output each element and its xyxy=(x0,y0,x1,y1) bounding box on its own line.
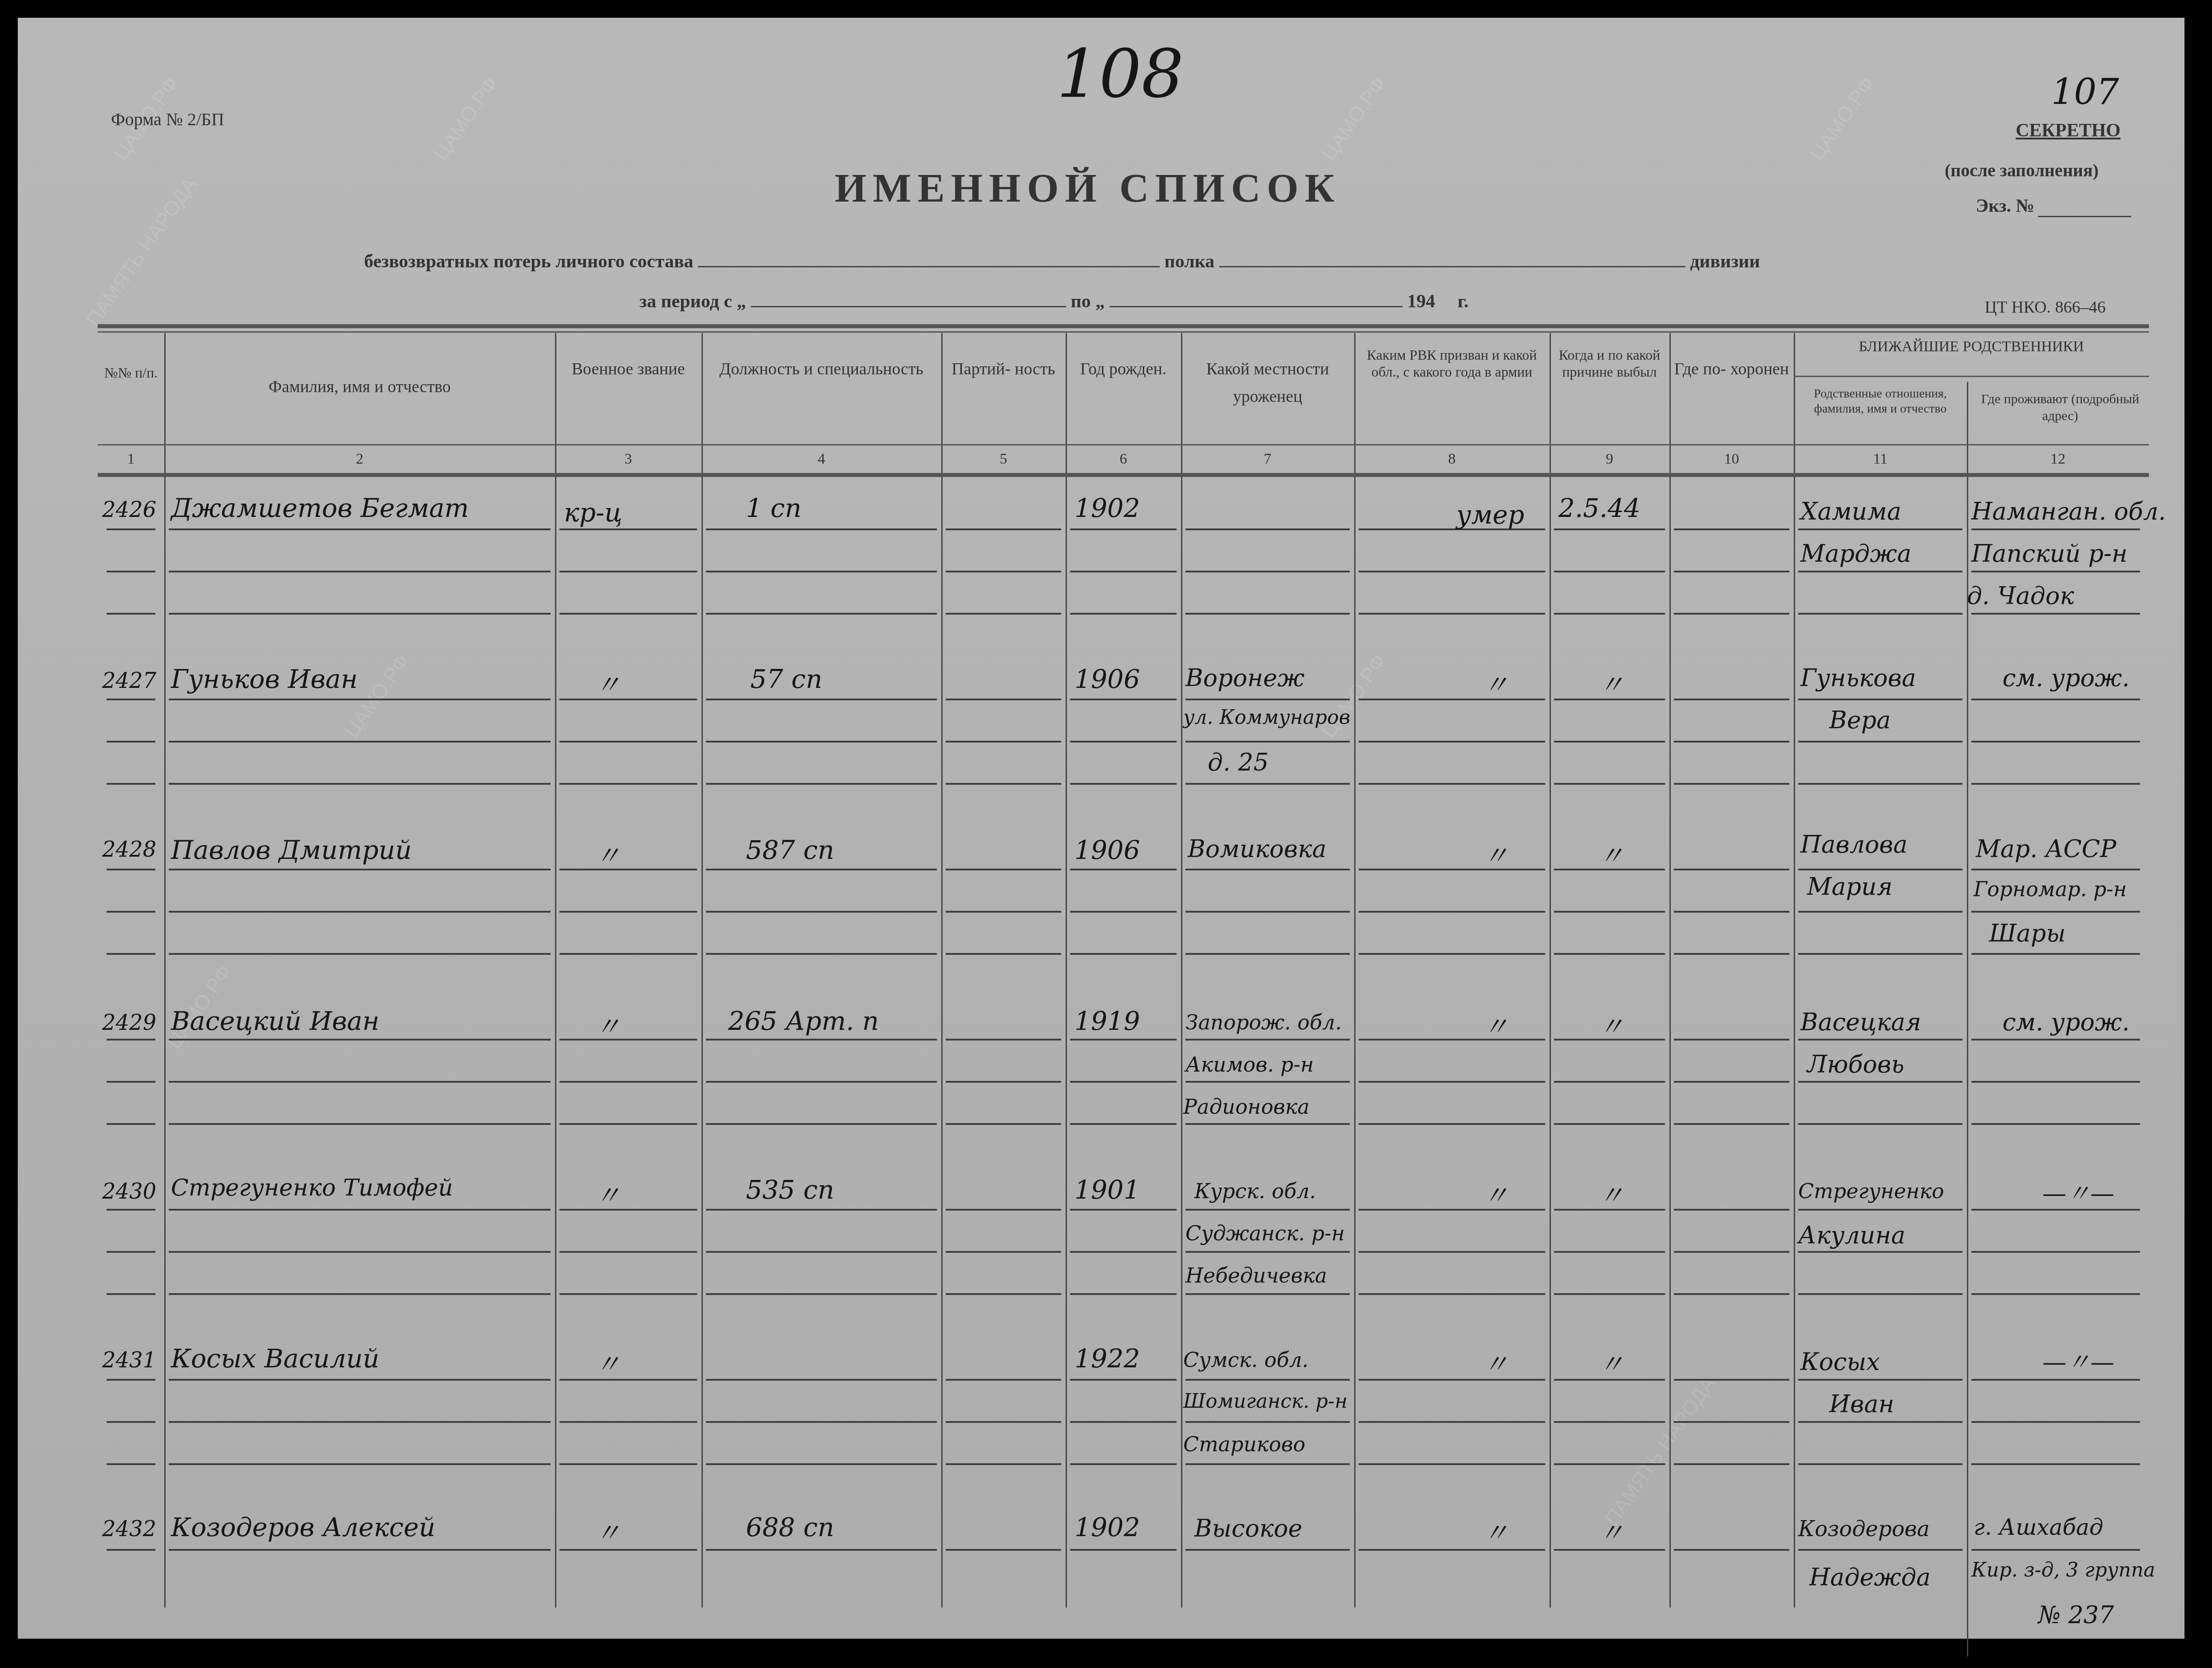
row-number: 2430 xyxy=(102,1179,156,1204)
row-rank: 〃 xyxy=(595,1343,621,1381)
ruled-line xyxy=(559,869,697,870)
row-address-line1: Наманган. обл. xyxy=(1971,497,2166,525)
ruled-line xyxy=(706,1549,937,1551)
row-position: 535 сп xyxy=(746,1175,834,1205)
ruled-line xyxy=(1359,741,1545,743)
ruled-line xyxy=(1798,1123,1962,1125)
row-name: Козодеров Алексей xyxy=(171,1512,436,1542)
row-name: Павлов Дмитрий xyxy=(171,835,412,865)
ruled-line xyxy=(1674,1251,1789,1253)
row-position: 265 Арт. п xyxy=(728,1006,879,1036)
ruled-line xyxy=(946,1549,1061,1551)
ruled-line xyxy=(169,1379,551,1381)
ruled-line xyxy=(1359,571,1545,572)
column-divider xyxy=(1967,382,1968,1656)
ruled-line xyxy=(169,528,551,530)
ruled-line xyxy=(107,741,155,743)
ruled-line xyxy=(1185,571,1350,572)
ruled-line xyxy=(1185,1549,1350,1551)
ruled-line xyxy=(107,699,155,700)
column-divider xyxy=(1066,333,1067,1608)
watermark: ЦАМО.РФ xyxy=(1316,72,1391,165)
ruled-line xyxy=(706,1081,937,1083)
column-number: 8 xyxy=(1354,451,1550,468)
period-from-field xyxy=(751,306,1066,307)
ruled-line xyxy=(1070,1251,1177,1253)
ruled-line xyxy=(1185,1293,1350,1295)
ruled-line xyxy=(107,613,155,615)
ruled-line xyxy=(1554,571,1665,572)
ruled-line xyxy=(1798,911,1962,913)
year-suffix: г. xyxy=(1458,291,1469,312)
column-divider xyxy=(1181,333,1182,1608)
row-rvk: 〃 xyxy=(1483,1006,1509,1043)
copy-number-field xyxy=(2038,216,2131,217)
ruled-line xyxy=(706,783,937,785)
row-left: 2.5.44 xyxy=(1558,493,1640,523)
folio-number-main: 108 xyxy=(1057,36,1184,113)
ruled-line xyxy=(1359,1421,1545,1423)
division-label: дивизии xyxy=(1690,251,1760,272)
ruled-line xyxy=(1359,783,1545,785)
header-col-5: Партий- ность xyxy=(941,355,1066,383)
ruled-line xyxy=(1798,783,1962,785)
row-number: 2426 xyxy=(102,497,156,522)
row-left: 〃 xyxy=(1598,664,1624,701)
ruled-line xyxy=(169,1293,551,1295)
row-birthplace-line3: Небедичевка xyxy=(1185,1263,1327,1287)
row-rank: кр-ц xyxy=(564,497,622,528)
row-rvk: 〃 xyxy=(1483,664,1509,701)
header-col-8: Каким РВК призван и какой обл., с какого… xyxy=(1359,346,1545,380)
row-address-line3: д. Чадок xyxy=(1967,582,2074,610)
column-number: 11 xyxy=(1794,451,1967,468)
row-relative-line2: Надежда xyxy=(1809,1563,1931,1591)
group-header-rule xyxy=(1794,376,2149,377)
period-to-label: по „ xyxy=(1070,291,1105,312)
row-birthplace-line2: Шомиганск. р-н xyxy=(1183,1390,1348,1413)
ruled-line xyxy=(1359,1251,1545,1253)
ruled-line xyxy=(1185,1209,1350,1211)
classification-note: (после заполнения) xyxy=(1945,160,2099,181)
ruled-line xyxy=(169,783,551,785)
ruled-line xyxy=(1359,613,1545,615)
row-address-line2: Горномар. р-н xyxy=(1974,877,2127,901)
ruled-line xyxy=(1185,911,1350,913)
ruled-line xyxy=(559,571,697,572)
ruled-line xyxy=(1359,869,1545,870)
ruled-line xyxy=(1971,699,2140,700)
period-to-field xyxy=(1110,306,1403,307)
ruled-line xyxy=(1185,783,1350,785)
ruled-line xyxy=(1798,741,1962,743)
row-born: 1906 xyxy=(1074,835,1140,865)
column-divider xyxy=(1354,333,1356,1608)
ruled-line xyxy=(1359,1081,1545,1083)
ruled-line xyxy=(1185,741,1350,743)
row-number: 2428 xyxy=(102,837,156,862)
ruled-line xyxy=(1674,528,1789,530)
regiment-label: полка xyxy=(1165,251,1215,272)
ruled-line xyxy=(169,1039,551,1041)
document-sheet: ЦАМО.РФ ЦАМО.РФ ЦАМО.РФ ЦАМО.РФ ПАМЯТЬ Н… xyxy=(18,18,2184,1639)
ruled-line xyxy=(706,1463,937,1465)
ruled-line xyxy=(1070,1039,1177,1041)
ruled-line xyxy=(946,699,1061,700)
row-name: Гуньков Иван xyxy=(171,664,358,694)
ruled-line xyxy=(1185,869,1350,870)
ruled-line xyxy=(1070,613,1177,615)
ruled-line xyxy=(107,1209,155,1211)
ruled-line xyxy=(946,1039,1061,1041)
column-number: 6 xyxy=(1066,451,1181,468)
ruled-line xyxy=(107,528,155,530)
ruled-line xyxy=(559,1039,697,1041)
header-col-1: №№ п/п. xyxy=(98,364,164,381)
ruled-line xyxy=(1971,783,2140,785)
ruled-line xyxy=(1070,1463,1177,1465)
row-rank: 〃 xyxy=(595,1175,621,1212)
header-col-11: Родственные отношения, фамилия, имя и от… xyxy=(1798,386,1962,417)
ruled-line xyxy=(1070,1123,1177,1125)
header-rule xyxy=(98,444,2149,445)
ruled-line xyxy=(1359,1123,1545,1125)
table-top-rule xyxy=(98,324,2149,328)
row-rvk: 〃 xyxy=(1483,1343,1509,1381)
ruled-line xyxy=(169,911,551,913)
ruled-line xyxy=(107,783,155,785)
ruled-line xyxy=(1798,1421,1962,1423)
ruled-line xyxy=(1971,528,2140,530)
ruled-line xyxy=(169,953,551,955)
ruled-line xyxy=(1674,1549,1789,1551)
row-birthplace-line1: Воронеж xyxy=(1185,664,1304,692)
ruled-line xyxy=(169,1549,551,1551)
ruled-line xyxy=(946,869,1061,870)
ruled-line xyxy=(1359,1549,1545,1551)
ruled-line xyxy=(1359,1209,1545,1211)
ruled-line xyxy=(1798,1251,1962,1253)
row-address-line1: г. Ашхабад xyxy=(1974,1514,2103,1540)
ruled-line xyxy=(1971,911,2140,913)
ruled-line xyxy=(1554,1251,1665,1253)
ruled-line xyxy=(107,1379,155,1381)
row-birthplace-line2: ул. Коммунаров xyxy=(1183,706,1350,729)
row-birthplace-line1: Запорож. обл. xyxy=(1185,1010,1342,1034)
ruled-line xyxy=(1359,1463,1545,1465)
ruled-line xyxy=(1971,1251,2140,1253)
ruled-line xyxy=(107,1039,155,1041)
column-number: 4 xyxy=(702,451,941,468)
ruled-line xyxy=(559,953,697,955)
ruled-line xyxy=(1070,741,1177,743)
ruled-line xyxy=(1554,613,1665,615)
folio-number-corner: 107 xyxy=(2051,71,2119,112)
ruled-line xyxy=(706,1123,937,1125)
ruled-line xyxy=(1798,1293,1962,1295)
row-address-line1: —〃— xyxy=(2042,1343,2114,1378)
row-relative-line1: Стрегуненко xyxy=(1798,1179,1944,1203)
ruled-line xyxy=(1674,1293,1789,1295)
ruled-line xyxy=(1798,1039,1962,1041)
row-birthplace-line3: Радионовка xyxy=(1183,1095,1310,1119)
ruled-line xyxy=(107,1251,155,1253)
header-bottom-rule xyxy=(98,473,2149,477)
ruled-line xyxy=(1554,911,1665,913)
ruled-line xyxy=(1554,783,1665,785)
row-relative-line1: Павлова xyxy=(1800,830,1907,858)
ruled-line xyxy=(169,1251,551,1253)
row-born: 1901 xyxy=(1074,1175,1140,1205)
column-divider xyxy=(1794,333,1795,1608)
row-relative-line2: Вера xyxy=(1829,706,1891,734)
column-number: 12 xyxy=(1967,451,2149,468)
losses-field xyxy=(698,266,1160,267)
ruled-line xyxy=(559,1293,697,1295)
row-rvk: 〃 xyxy=(1483,835,1509,872)
table-top-rule-thin xyxy=(98,331,2149,333)
ruled-line xyxy=(706,613,937,615)
ruled-line xyxy=(946,1421,1061,1423)
row-relative-line2: Мария xyxy=(1807,873,1893,901)
ruled-line xyxy=(946,1293,1061,1295)
ruled-line xyxy=(169,1463,551,1465)
ruled-line xyxy=(107,869,155,870)
ruled-line xyxy=(1674,613,1789,615)
print-code: ЦТ НКО. 866–46 xyxy=(1985,298,2105,317)
ruled-line xyxy=(1070,1379,1177,1381)
ruled-line xyxy=(946,613,1061,615)
ruled-line xyxy=(1070,1421,1177,1423)
ruled-line xyxy=(946,1123,1061,1125)
header-col-6: Год рожден. xyxy=(1066,355,1181,383)
ruled-line xyxy=(169,571,551,572)
ruled-line xyxy=(559,1379,697,1381)
ruled-line xyxy=(706,1251,937,1253)
ruled-line xyxy=(107,1549,155,1551)
row-number: 2432 xyxy=(102,1517,156,1541)
header-col-12: Где проживают (подробный адрес) xyxy=(1971,391,2149,425)
ruled-line xyxy=(169,1209,551,1211)
row-rvk: 〃 xyxy=(1483,1512,1509,1549)
ruled-line xyxy=(559,613,697,615)
row-left: 〃 xyxy=(1598,1512,1624,1549)
column-number: 7 xyxy=(1181,451,1354,468)
ruled-line xyxy=(1798,869,1962,870)
row-born: 1902 xyxy=(1074,1512,1140,1542)
row-birthplace-line1: Курск. обл. xyxy=(1194,1179,1316,1203)
ruled-line xyxy=(107,1293,155,1295)
ruled-line xyxy=(1070,1549,1177,1551)
classification-label: СЕКРЕТНО xyxy=(2016,120,2121,141)
ruled-line xyxy=(1971,1039,2140,1041)
period-from-label: за период с „ xyxy=(639,291,746,312)
row-birthplace-line2: Суджанск. р-н xyxy=(1185,1221,1345,1245)
row-address-line1: Мар. АССР xyxy=(1976,835,2116,863)
ruled-line xyxy=(1971,1549,2140,1551)
ruled-line xyxy=(706,1209,937,1211)
ruled-line xyxy=(1674,1039,1789,1041)
ruled-line xyxy=(946,911,1061,913)
ruled-line xyxy=(946,1081,1061,1083)
ruled-line xyxy=(946,1379,1061,1381)
row-name: Васецкий Иван xyxy=(171,1006,379,1036)
ruled-line xyxy=(1070,1081,1177,1083)
ruled-line xyxy=(1554,953,1665,955)
row-left: 〃 xyxy=(1598,1175,1624,1212)
ruled-line xyxy=(1674,783,1789,785)
row-name: Джамшетов Бегмат xyxy=(171,493,469,523)
ruled-line xyxy=(1674,699,1789,700)
losses-label: безвозвратных потерь личного состава xyxy=(364,251,694,272)
column-divider xyxy=(164,333,166,1608)
ruled-line xyxy=(1554,1123,1665,1125)
ruled-line xyxy=(1185,699,1350,700)
ruled-line xyxy=(559,911,697,913)
header-col-9: Когда и по какой причине выбыл xyxy=(1554,346,1665,380)
column-divider xyxy=(1550,333,1551,1608)
row-rank: 〃 xyxy=(595,664,621,701)
ruled-line xyxy=(1359,1039,1545,1041)
ruled-line xyxy=(1674,1209,1789,1211)
ruled-line xyxy=(1070,869,1177,870)
row-born: 1919 xyxy=(1074,1006,1140,1036)
row-born: 1902 xyxy=(1074,493,1140,523)
ruled-line xyxy=(1185,1379,1350,1381)
ruled-line xyxy=(1674,1379,1789,1381)
ruled-line xyxy=(1971,1081,2140,1083)
ruled-line xyxy=(1554,741,1665,743)
ruled-line xyxy=(1798,528,1962,530)
ruled-line xyxy=(169,699,551,700)
row-address-line1: см. урож. xyxy=(2002,664,2129,692)
ruled-line xyxy=(1554,1081,1665,1083)
ruled-line xyxy=(107,1463,155,1465)
ruled-line xyxy=(706,1379,937,1381)
row-relative-line2: Любовь xyxy=(1807,1050,1904,1078)
row-left: 〃 xyxy=(1598,1006,1624,1043)
column-number: 5 xyxy=(941,451,1066,468)
ruled-line xyxy=(1674,1421,1789,1423)
ruled-line xyxy=(107,911,155,913)
ruled-line xyxy=(169,1123,551,1125)
row-number: 2427 xyxy=(102,668,156,693)
ruled-line xyxy=(1674,741,1789,743)
ruled-line xyxy=(706,571,937,572)
watermark: ЦАМО.РФ xyxy=(1804,72,1879,165)
ruled-line xyxy=(1359,953,1545,955)
row-relative-line1: Васецкая xyxy=(1800,1008,1921,1036)
ruled-line xyxy=(559,1081,697,1083)
column-number: 3 xyxy=(555,451,702,468)
ruled-line xyxy=(1798,613,1962,615)
row-relative-line1: Хамима xyxy=(1800,497,1901,525)
ruled-line xyxy=(107,953,155,955)
header-col-4: Должность и специальность xyxy=(702,355,941,383)
row-number: 2429 xyxy=(102,1010,156,1035)
ruled-line xyxy=(1185,613,1350,615)
ruled-line xyxy=(559,783,697,785)
column-divider xyxy=(555,333,556,1608)
ruled-line xyxy=(946,1463,1061,1465)
ruled-line xyxy=(1674,1123,1789,1125)
ruled-line xyxy=(559,528,697,530)
column-divider xyxy=(702,333,703,1608)
watermark: ПАМЯТЬ НАРОДА xyxy=(81,173,202,331)
row-position: 57 сп xyxy=(750,664,822,694)
row-relative-line1: Козодерова xyxy=(1798,1517,1930,1541)
row-birthplace-line1: Сумск. обл. xyxy=(1183,1348,1308,1372)
row-address-line2: Кир. з-д, 3 группа xyxy=(1971,1559,2155,1581)
period-line: за период с „ по „ 194 г. xyxy=(639,291,1469,312)
header-col-7: Какой местности уроженец xyxy=(1181,355,1354,410)
ruled-line xyxy=(1674,869,1789,870)
ruled-line xyxy=(706,953,937,955)
ruled-line xyxy=(1070,953,1177,955)
ruled-line xyxy=(946,741,1061,743)
ruled-line xyxy=(946,1209,1061,1211)
ruled-line xyxy=(946,571,1061,572)
ruled-line xyxy=(706,869,937,870)
ruled-line xyxy=(1971,1463,2140,1465)
ruled-line xyxy=(169,869,551,870)
ruled-line xyxy=(1798,699,1962,700)
ruled-line xyxy=(169,1421,551,1423)
document-title: ИМЕННОЙ СПИСОК xyxy=(835,164,1340,211)
row-rank: 〃 xyxy=(595,1006,621,1043)
ruled-line xyxy=(946,783,1061,785)
ruled-line xyxy=(1798,1379,1962,1381)
ruled-line xyxy=(1971,571,2140,572)
ruled-line xyxy=(706,528,937,530)
row-address-line3: № 237 xyxy=(2038,1601,2114,1629)
ruled-line xyxy=(1070,528,1177,530)
ruled-line xyxy=(1798,1549,1962,1551)
header-col-2: Фамилия, имя и отчество xyxy=(164,373,555,401)
row-address-line1: —〃— xyxy=(2042,1175,2114,1209)
ruled-line xyxy=(107,1123,155,1125)
column-divider xyxy=(941,333,943,1608)
ruled-line xyxy=(1554,528,1665,530)
column-number: 9 xyxy=(1550,451,1669,468)
ruled-line xyxy=(559,1251,697,1253)
ruled-line xyxy=(1971,741,2140,743)
ruled-line xyxy=(1674,1463,1789,1465)
ruled-line xyxy=(1971,1379,2140,1381)
ruled-line xyxy=(1971,1123,2140,1125)
ruled-line xyxy=(559,699,697,700)
ruled-line xyxy=(1971,1209,2140,1211)
ruled-line xyxy=(946,953,1061,955)
ruled-line xyxy=(559,1123,697,1125)
header-col-3: Военное звание xyxy=(555,355,702,383)
year-label: 194 xyxy=(1407,291,1435,312)
ruled-line xyxy=(1359,1379,1545,1381)
row-birthplace-line3: д. 25 xyxy=(1208,748,1269,776)
ruled-line xyxy=(706,911,937,913)
ruled-line xyxy=(1070,1209,1177,1211)
ruled-line xyxy=(1971,613,2140,615)
copy-number-label: Экз. № xyxy=(1976,195,2034,217)
ruled-line xyxy=(1359,911,1545,913)
row-born: 1922 xyxy=(1074,1343,1140,1374)
ruled-line xyxy=(1070,699,1177,700)
ruled-line xyxy=(946,528,1061,530)
regiment-field xyxy=(1219,266,1685,267)
ruled-line xyxy=(1971,1293,2140,1295)
watermark: ЦАМО.РФ xyxy=(428,72,503,165)
ruled-line xyxy=(559,741,697,743)
